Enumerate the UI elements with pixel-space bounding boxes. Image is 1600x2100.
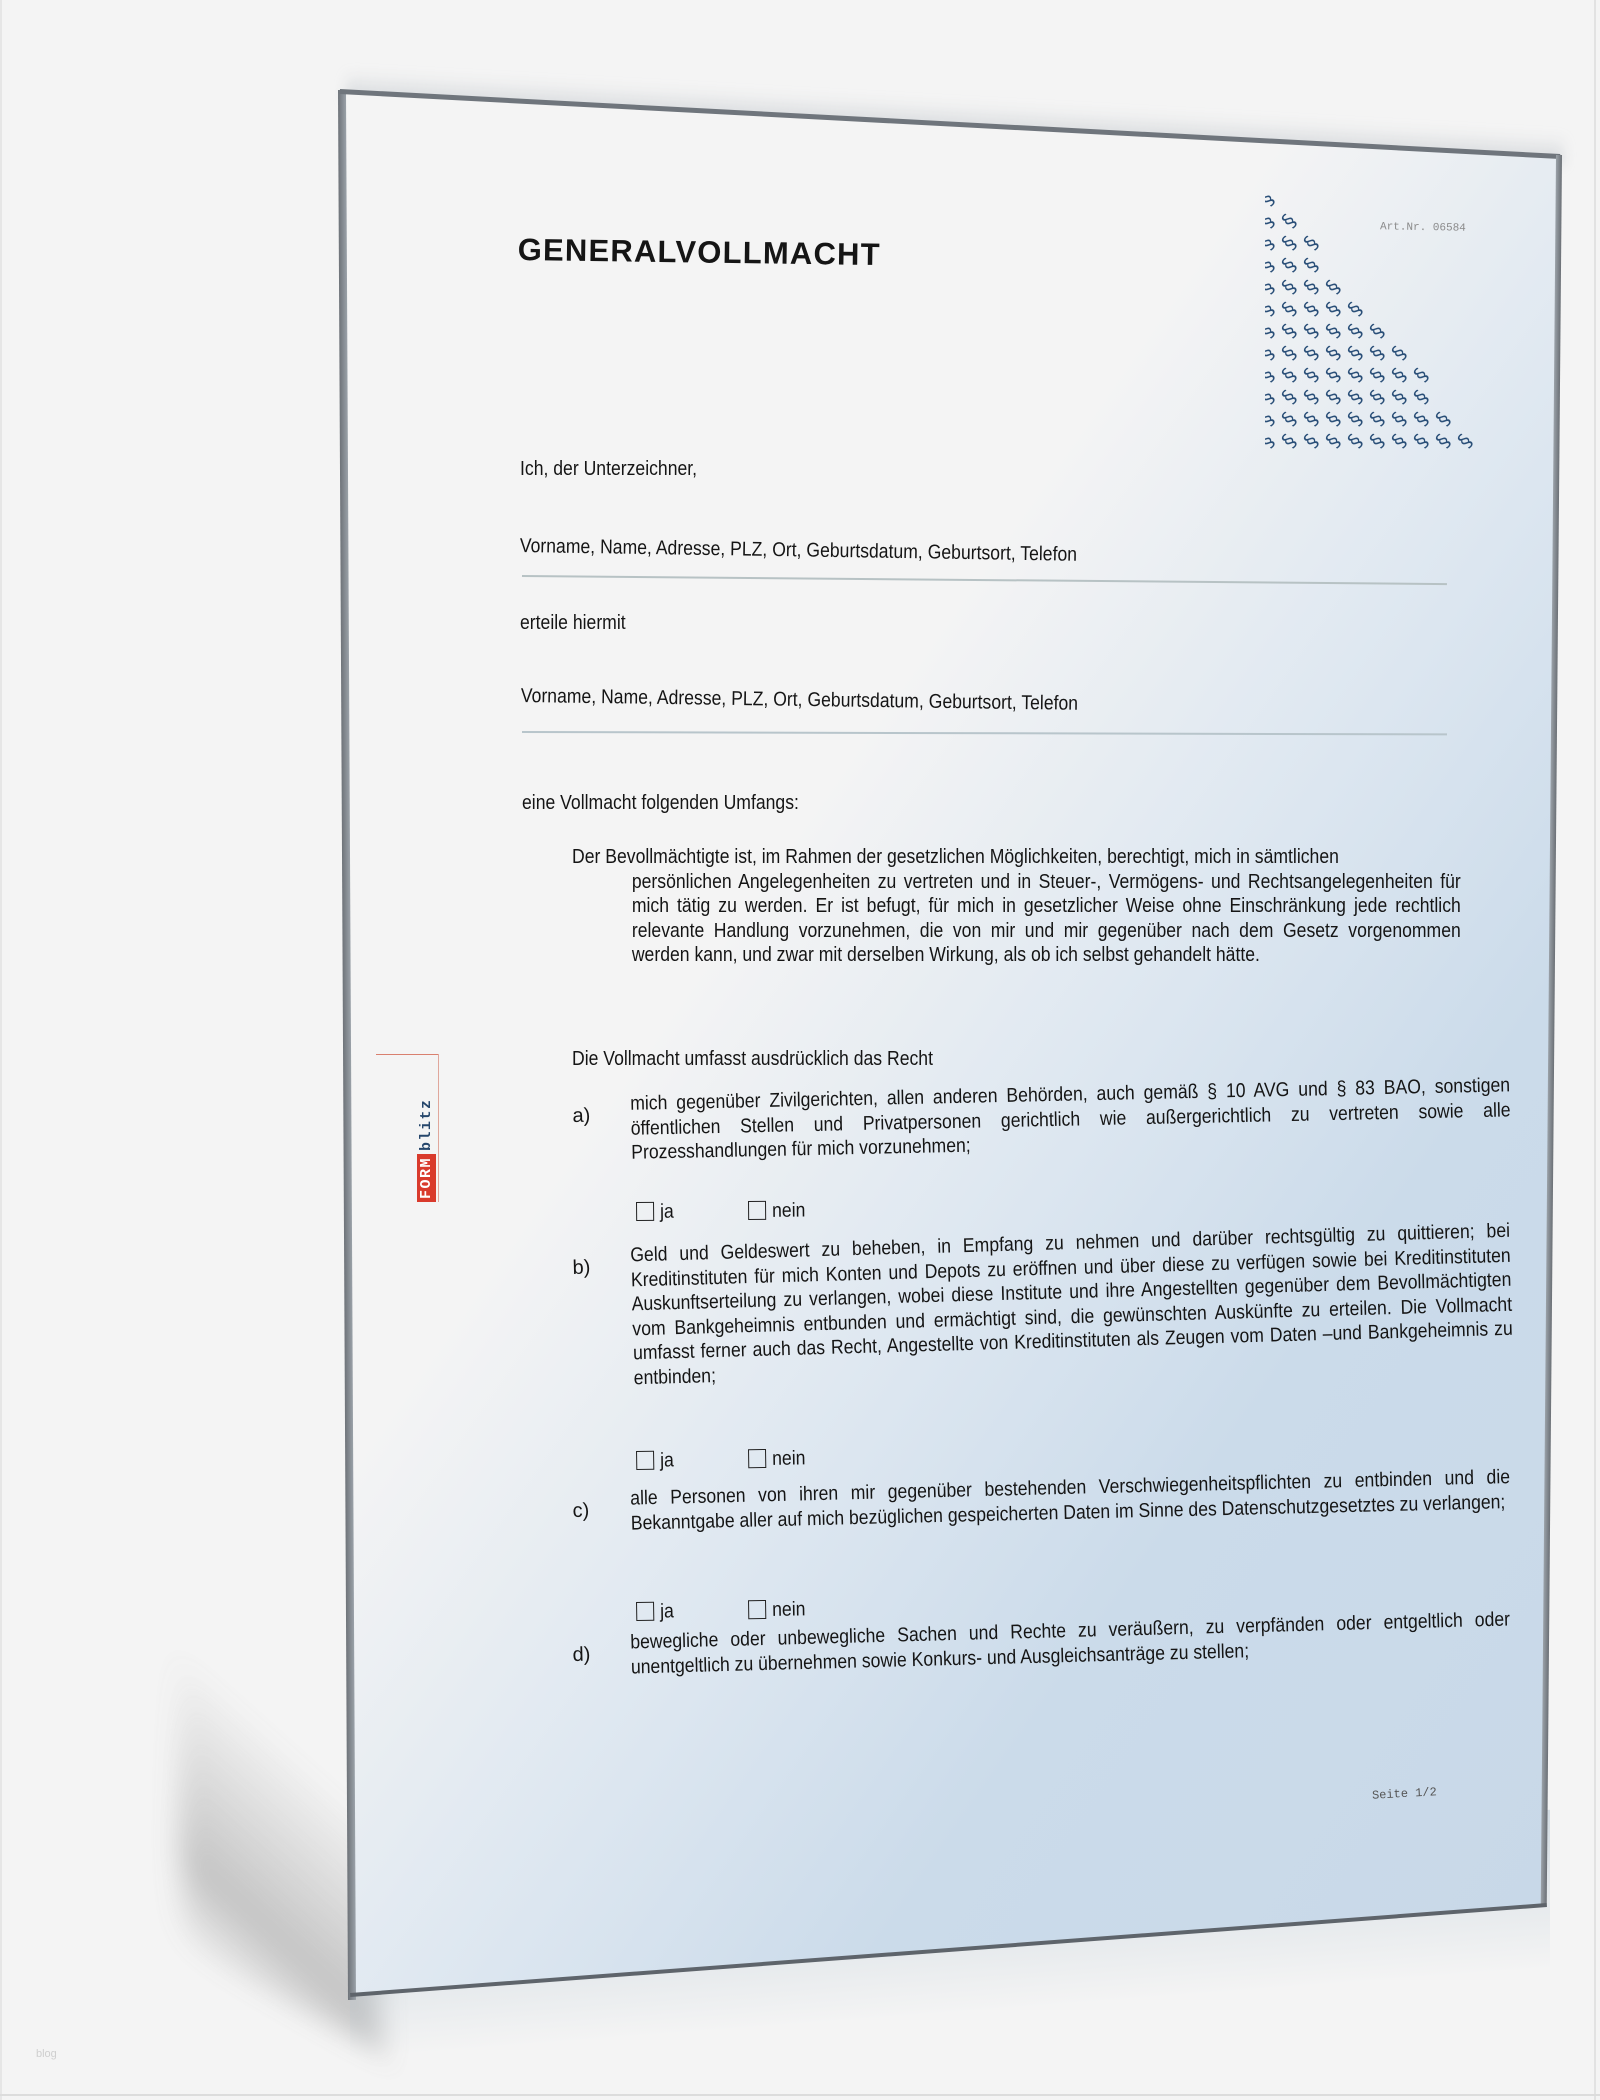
svg-text:§: § [1298, 297, 1323, 320]
svg-text:§: § [1265, 275, 1279, 298]
svg-text:§: § [1386, 341, 1411, 364]
checkbox-icon[interactable] [748, 1600, 766, 1619]
svg-text:§: § [1342, 363, 1367, 386]
right-item-b: b) Geld und Geldeswert zu beheben, in Em… [572, 1214, 1600, 1245]
logo-rule-horizontal [376, 1054, 438, 1055]
page-indicator: Seite 1/2 [1372, 1785, 1437, 1802]
right-item-d: d) bewegliche oder unbewegliche Sachen u… [572, 1603, 1600, 1632]
svg-text:§: § [1276, 275, 1301, 298]
scope-paragraph-body: persönlichen Angelegenheiten zu vertrete… [572, 870, 1461, 968]
agent-field-label[interactable]: Vorname, Name, Adresse, PLZ, Ort, Geburt… [521, 685, 1155, 717]
svg-text:§: § [1342, 319, 1367, 342]
svg-text:§: § [1364, 429, 1389, 452]
svg-text:§: § [1276, 407, 1301, 430]
principal-field-line[interactable] [522, 575, 1447, 585]
item-text: alle Personen von ihren mir gegenüber be… [630, 1465, 1511, 1535]
principal-field-label[interactable]: Vorname, Name, Adresse, PLZ, Ort, Geburt… [520, 535, 1154, 568]
intro-text: Ich, der Unterzeichner, [520, 458, 721, 481]
svg-text:§: § [1276, 429, 1301, 452]
item-text: Geld und Geldeswert zu beheben, in Empfa… [630, 1219, 1514, 1391]
grant-text: erteile hiermit [520, 612, 640, 635]
svg-text:§: § [1408, 385, 1433, 408]
svg-text:§: § [1276, 319, 1301, 342]
right-item-c: c) alle Personen von ihren mir gegenüber… [572, 1461, 1600, 1488]
svg-text:§: § [1265, 253, 1279, 276]
svg-text:§: § [1298, 429, 1323, 452]
scope-paragraph: Der Bevollmächtigte ist, im Rahmen der g… [572, 845, 1461, 968]
checkbox-ja-a[interactable]: ja [636, 1201, 676, 1224]
item-marker: b) [572, 1256, 590, 1279]
svg-text:§: § [1342, 341, 1367, 364]
page-content: GENERALVOLLMACHT Art.Nr. 06584 §§§§§§§§§… [0, 0, 1600, 2100]
svg-text:§: § [1386, 363, 1411, 386]
svg-text:§: § [1320, 297, 1345, 320]
checkbox-icon[interactable] [636, 1202, 654, 1221]
logo-form: FORM [417, 1154, 436, 1202]
svg-text:§: § [1430, 429, 1455, 452]
svg-text:§: § [1320, 385, 1345, 408]
svg-text:§: § [1265, 363, 1279, 386]
checkbox-nein-c[interactable]: nein [748, 1598, 810, 1622]
watermark-text: blog [36, 2048, 57, 2060]
checkbox-ja-b[interactable]: ja [636, 1449, 676, 1473]
svg-text:§: § [1320, 319, 1345, 342]
logo-blitz: blitz [417, 1095, 436, 1154]
svg-text:§: § [1298, 275, 1323, 298]
checkbox-icon[interactable] [748, 1201, 766, 1220]
svg-text:§: § [1364, 341, 1389, 364]
svg-text:§: § [1298, 407, 1323, 430]
svg-text:§: § [1320, 341, 1345, 364]
svg-text:§: § [1342, 385, 1367, 408]
checkbox-icon[interactable] [636, 1602, 654, 1621]
svg-text:§: § [1364, 407, 1389, 430]
svg-text:§: § [1265, 231, 1279, 254]
svg-text:§: § [1276, 231, 1301, 254]
item-marker: a) [572, 1105, 590, 1128]
svg-text:§: § [1408, 407, 1433, 430]
svg-text:§: § [1276, 297, 1301, 320]
checkbox-icon[interactable] [748, 1449, 766, 1468]
logo-rule-vertical [438, 1054, 439, 1202]
svg-text:§: § [1386, 385, 1411, 408]
svg-text:§: § [1364, 319, 1389, 342]
svg-text:§: § [1298, 253, 1323, 276]
document-title: GENERALVOLLMACHT [517, 232, 881, 273]
svg-text:§: § [1408, 363, 1433, 386]
svg-text:§: § [1342, 407, 1367, 430]
svg-text:§: § [1265, 297, 1279, 320]
svg-text:§: § [1342, 297, 1367, 320]
svg-text:§: § [1320, 407, 1345, 430]
paragraph-symbol-pattern-icon: §§§§§§§§§§§§§§§§§§§§§§§§§§§§§§§§§§§§§§§§… [1265, 195, 1515, 465]
svg-text:§: § [1320, 363, 1345, 386]
rights-heading: Die Vollmacht umfasst ausdrücklich das R… [572, 1048, 982, 1071]
svg-text:§: § [1386, 429, 1411, 452]
svg-text:§: § [1386, 407, 1411, 430]
svg-text:§: § [1276, 385, 1301, 408]
svg-text:§: § [1276, 363, 1301, 386]
checkbox-nein-a[interactable]: nein [748, 1199, 810, 1223]
svg-text:§: § [1298, 341, 1323, 364]
svg-text:§: § [1408, 429, 1433, 452]
svg-text:§: § [1452, 429, 1477, 452]
scope-paragraph-first-line: Der Bevollmächtigte ist, im Rahmen der g… [572, 845, 1461, 870]
logo-wordmark: FORMblitz [418, 1095, 435, 1202]
svg-text:§: § [1342, 429, 1367, 452]
svg-text:§: § [1265, 195, 1279, 210]
svg-text:§: § [1364, 363, 1389, 386]
item-marker: d) [572, 1644, 590, 1667]
svg-text:§: § [1265, 209, 1279, 232]
svg-text:§: § [1298, 231, 1323, 254]
svg-text:§: § [1364, 385, 1389, 408]
svg-text:§: § [1430, 407, 1455, 430]
svg-text:§: § [1265, 319, 1279, 342]
svg-text:§: § [1265, 429, 1279, 452]
svg-text:§: § [1276, 209, 1301, 232]
svg-text:§: § [1276, 341, 1301, 364]
svg-text:§: § [1320, 275, 1345, 298]
svg-text:§: § [1265, 385, 1279, 408]
svg-text:§: § [1265, 341, 1279, 364]
svg-text:§: § [1298, 385, 1323, 408]
right-item-a: a) mich gegenüber Zivilgerichten, allen … [572, 1070, 1600, 1093]
item-marker: c) [572, 1500, 589, 1523]
svg-text:§: § [1265, 407, 1279, 430]
checkbox-ja-c[interactable]: ja [636, 1600, 676, 1624]
checkbox-icon[interactable] [636, 1451, 654, 1470]
formblitz-logo: FORMblitz [376, 1050, 456, 1210]
svg-text:§: § [1320, 429, 1345, 452]
agent-field-line[interactable] [522, 731, 1447, 735]
svg-text:§: § [1276, 253, 1301, 276]
item-text: mich gegenüber Zivilgerichten, allen and… [630, 1073, 1511, 1165]
checkbox-nein-b[interactable]: nein [748, 1447, 810, 1471]
svg-text:§: § [1298, 363, 1323, 386]
scope-heading: eine Vollmacht folgenden Umfangs: [522, 792, 837, 815]
svg-text:§: § [1298, 319, 1323, 342]
